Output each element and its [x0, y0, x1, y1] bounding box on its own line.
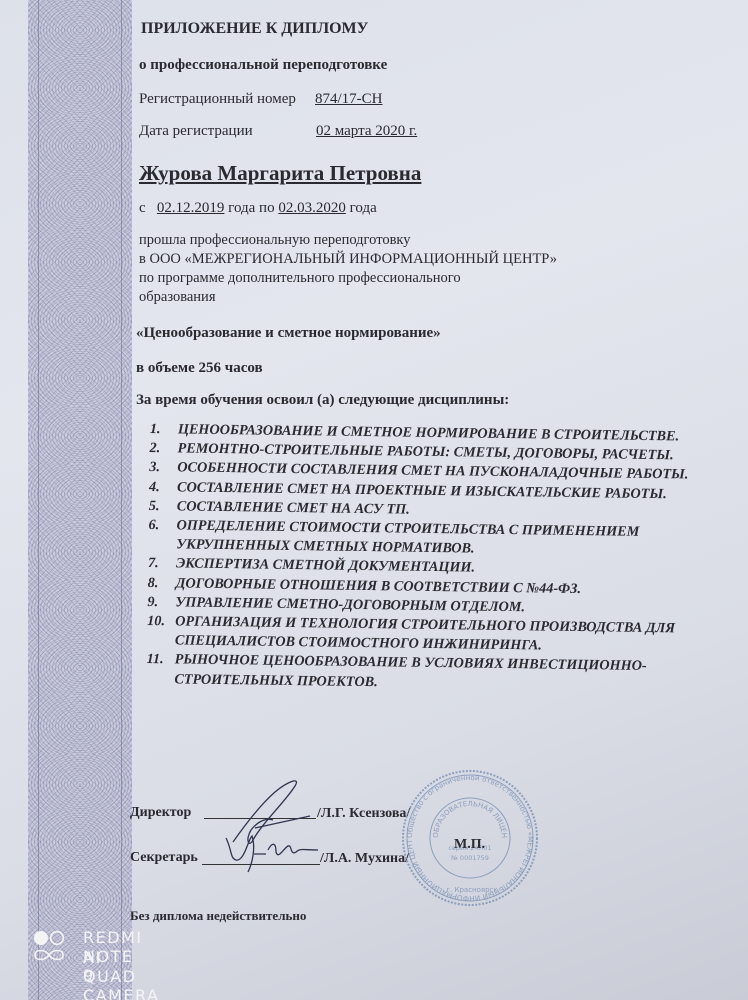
period-from-date: 02.12.2019	[157, 200, 225, 216]
student-name: Журова Маргарита Петровна	[139, 161, 421, 186]
secretary-name: /Л.А. Мухина/	[320, 851, 409, 867]
discipline-number: 4.	[149, 478, 177, 498]
svg-text:№ 0001759: № 0001759	[450, 854, 489, 862]
validity-note: Без диплома недействительно	[130, 908, 306, 924]
discipline-text: РЫНОЧНОЕ ЦЕНООБРАЗОВАНИЕ В УСЛОВИЯХ ИНВЕ…	[174, 651, 706, 697]
secretary-label: Секретарь	[130, 850, 198, 866]
period-from-prefix: с	[139, 200, 146, 216]
svg-text:г. Красноярск: г. Красноярск	[446, 886, 497, 894]
director-label: Директор	[130, 805, 191, 821]
training-description: прошла профессиональную переподготовку в…	[139, 231, 569, 307]
registration-date-value: 02 марта 2020 г.	[316, 123, 417, 140]
registration-number-value: 874/17-СН	[315, 91, 383, 108]
discipline-number: 3.	[149, 458, 177, 478]
discipline-number: 1.	[150, 420, 178, 440]
discipline-number: 11.	[146, 650, 175, 689]
secretary-signature	[218, 828, 328, 878]
description-line: прошла профессиональную переподготовку	[139, 231, 569, 250]
description-line: образования	[139, 288, 569, 307]
registration-number-label: Регистрационный номер	[139, 91, 296, 108]
registration-date-label: Дата регистрации	[139, 123, 253, 140]
discipline-number: 10.	[147, 612, 176, 651]
discipline-number: 9.	[147, 593, 175, 613]
description-line: в ООО «МЕЖРЕГИОНАЛЬНЫЙ ИНФОРМАЦИОННЫЙ ЦЕ…	[139, 250, 569, 269]
period-middle: года по	[228, 200, 274, 216]
camera-brand-logo-icon	[33, 930, 65, 964]
diploma-supplement-page: ПРИЛОЖЕНИЕ К ДИПЛОМУ о профессиональной …	[0, 0, 748, 1000]
discipline-number: 7.	[148, 554, 176, 574]
stamp-mp-label: М.П.	[454, 837, 485, 853]
discipline-item: 11.РЫНОЧНОЕ ЦЕНООБРАЗОВАНИЕ В УСЛОВИЯХ И…	[146, 650, 706, 696]
program-name: «Ценообразование и сметное нормирование»	[136, 325, 441, 342]
description-line: по программе дополнительного профессиона…	[139, 269, 569, 288]
discipline-number: 6.	[148, 516, 177, 555]
program-hours: в объеме 256 часов	[136, 360, 263, 377]
document-title: ПРИЛОЖЕНИЕ К ДИПЛОМУ	[141, 20, 368, 38]
disciplines-list: 1.ЦЕНООБРАЗОВАНИЕ И СМЕТНОЕ НОРМИРОВАНИЕ…	[146, 420, 710, 697]
period-suffix: года	[350, 200, 377, 216]
director-name: /Л.Г. Ксензова/	[317, 806, 410, 822]
discipline-number: 2.	[149, 439, 177, 459]
watermark-camera: AI QUAD CAMERA	[83, 948, 159, 1000]
discipline-number: 8.	[148, 574, 176, 594]
period-to-date: 02.03.2020	[278, 200, 346, 216]
study-period: с 02.12.2019 года по 02.03.2020 года	[139, 200, 377, 217]
document-subtitle: о профессиональной переподготовке	[139, 57, 387, 74]
disciplines-intro: За время обучения освоил (а) следующие д…	[136, 392, 509, 409]
discipline-number: 5.	[149, 497, 177, 517]
